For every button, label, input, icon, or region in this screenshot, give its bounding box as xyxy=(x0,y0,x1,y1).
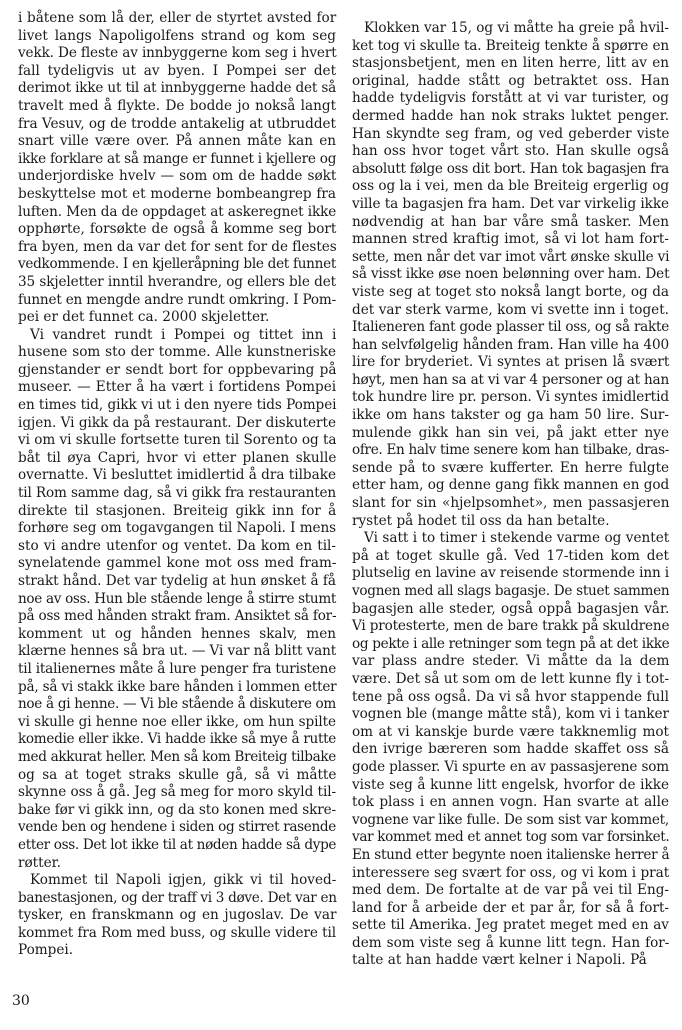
text-line: gode plasser. Vi spurte en av passasjere… xyxy=(352,759,669,777)
text-line: rystet på hodet til oss da han betalte. xyxy=(352,513,669,531)
text-line: ikke om hans takster og ga ham 50 lire. … xyxy=(352,407,669,425)
text-line: vi om vi skulle fortsette turen til Sore… xyxy=(18,432,336,450)
text-line: en times tid, gikk vi ut i den nyere tid… xyxy=(18,397,336,415)
text-line: lire for bryderiet. Vi syntes at prisen … xyxy=(352,354,669,372)
text-line: land for å arbeide der et par år, for så… xyxy=(352,900,669,918)
paragraph: i båtene som lå der, eller de styrtet av… xyxy=(18,10,336,327)
text-line: klærne hennes så bra ut. — Vi var nå bli… xyxy=(18,643,336,661)
text-line: tene på oss også. Da vi så hvor stappend… xyxy=(352,689,669,707)
text-line: Han skyndte seg fram, og ved geberder vi… xyxy=(352,126,669,144)
text-line: dem som viste seg å kunne litt tegn. Han… xyxy=(352,935,669,953)
text-line: luften. Men da de oppdaget at askeregnet… xyxy=(18,204,336,222)
text-line: etter ham, og denne gang fikk mannen en … xyxy=(352,477,669,495)
text-line: røtter. xyxy=(18,855,336,873)
text-line: nødvendig at han bar våre små tasker. Me… xyxy=(352,214,669,232)
text-line: beskyttelse mot et moderne bombeangrep f… xyxy=(18,186,336,204)
text-line: Vi vandret rundt i Pompei og tittet inn … xyxy=(18,327,336,345)
text-line: bake før vi gikk inn, og da sto konen me… xyxy=(18,802,336,820)
text-line: vedkommende. I en kjelleråpning ble det … xyxy=(18,256,336,274)
text-line: derimot ikke ut til at innbyggerne hadde… xyxy=(18,80,336,98)
text-line: fra byen, men da var det for sent for de… xyxy=(18,239,336,257)
text-line: talte at han hadde vært kelner i Napoli.… xyxy=(352,952,669,970)
text-line: viste seg at toget sto nokså langt borte… xyxy=(352,284,669,302)
text-line: original, hadde stått og betraktet oss. … xyxy=(352,73,669,91)
text-line: vende ben og hendene i siden og stirret … xyxy=(18,819,336,837)
text-line: så visst ikke øse noen belønning over ha… xyxy=(352,266,669,284)
text-line: til Rom samme dag, så vi gikk fra restau… xyxy=(18,485,336,503)
text-line: viste seg å kunne litt engelsk, hvorfor … xyxy=(352,777,669,795)
text-line: komedie eller ikke. Vi hadde ikke så mye… xyxy=(18,731,336,749)
text-line: på, så vi stakk ikke bare hånden i lomme… xyxy=(18,679,336,697)
text-line: husene som sto der tomme. Alle kunstneri… xyxy=(18,344,336,362)
text-line: med dem. De fortalte at de var på vei ti… xyxy=(352,882,669,900)
text-line: ofre. En halv time senere kom han tilbak… xyxy=(352,442,669,460)
text-line: vi skulle gi henne noe eller ikke, om hu… xyxy=(18,714,336,732)
text-line: det var sterk varme, kom vi svette inn i… xyxy=(352,302,669,320)
text-line: vekk. De fleste av innbyggerne kom seg i… xyxy=(18,45,336,63)
text-line: skynne oss å gå. Jeg så meg for moro sky… xyxy=(18,784,336,802)
text-line: sto vi andre utenfor og ventet. Da kom e… xyxy=(18,538,336,556)
left-text-column: i båtene som lå der, eller de styrtet av… xyxy=(18,10,336,960)
text-line: forhøre seg om togavgangen til Napoli. I… xyxy=(18,520,336,538)
text-line: opphørte, forsøkte de også å komme seg b… xyxy=(18,221,336,239)
text-line: underjordiske hvelv — som om de hadde sø… xyxy=(18,168,336,186)
text-line: bagasjen alle steder, også oppå bagasjen… xyxy=(352,601,669,619)
text-line: han oss hvor toget vårt sto. Han skulle … xyxy=(352,143,669,161)
text-line: båt til øya Capri, hvor vi etter planen … xyxy=(18,450,336,468)
text-line: interessere seg svært for oss, og vi kom… xyxy=(352,865,669,883)
text-line: funnet en mengde andre rundt omkring. I … xyxy=(18,292,336,310)
text-line: noe av oss. Hun ble stående lenge å stir… xyxy=(18,591,336,609)
text-line: Vi satt i to timer i stekende varme og v… xyxy=(352,530,669,548)
paragraph: Vi satt i to timer i stekende varme og v… xyxy=(352,530,669,970)
text-line: sette, men når det var imot vårt ønske s… xyxy=(352,249,669,267)
text-line: på oss med hånden strakt fram. Ansiktet … xyxy=(18,608,336,626)
text-line: Klokken var 15, og vi måtte ha greie på … xyxy=(352,20,669,38)
text-line: snart ville være over. På annen måte kan… xyxy=(18,133,336,151)
text-line: stasjonsbetjent, men en liten herre, lit… xyxy=(352,55,669,73)
text-line: vognene var like fulle. De som sist var … xyxy=(352,812,669,830)
text-line: livet langs Napoligolfens strand og kom … xyxy=(18,28,336,46)
text-line: direkte til stasjonen. Breiteig gikk inn… xyxy=(18,503,336,521)
text-line: komment ut og hånden hennes skalv, men xyxy=(18,626,336,644)
text-line: Italieneren fant gode plasser til oss, o… xyxy=(352,319,669,337)
text-line: på at toget skulle gå. Ved 17-tiden kom … xyxy=(352,548,669,566)
text-line: etter oss. Det lot ikke til at nøden had… xyxy=(18,837,336,855)
text-line: igjen. Vi gikk da på restaurant. Der dis… xyxy=(18,415,336,433)
text-line: kommet fra Rom med buss, og skulle vider… xyxy=(18,925,336,943)
text-line: ikke forklare at så mange er funnet i kj… xyxy=(18,151,336,169)
text-line: og sa at toget straks skulle gå, så vi m… xyxy=(18,767,336,785)
text-line: fra Vesuv, og de trodde antakelig at utb… xyxy=(18,116,336,134)
text-line: var kommet med et annet tog som var fors… xyxy=(352,829,669,847)
text-line: tysker, en franskmann og en jugoslav. De… xyxy=(18,907,336,925)
text-line: gjenstander er sendt bort for oppbevarin… xyxy=(18,362,336,380)
text-line: strakt hånd. Det var tydelig at hun ønsk… xyxy=(18,573,336,591)
paragraph: Kommet til Napoli igjen, gikk vi til hov… xyxy=(18,872,336,960)
text-line: dermed hadde han nok straks luktet penge… xyxy=(352,108,669,126)
text-line: oss og la i vei, men da ble Breiteig erg… xyxy=(352,178,669,196)
text-line: med akkurat heller. Men så kom Breiteig … xyxy=(18,749,336,767)
text-line: Vi protesterte, men de bare trakk på sku… xyxy=(352,618,669,636)
text-line: mannen stred kraftig imot, så vi lot ham… xyxy=(352,231,669,249)
text-line: hadde tydeligvis forstått at vi var turi… xyxy=(352,90,669,108)
text-line: han selvfølgelig hånden fram. Han ville … xyxy=(352,337,669,355)
text-line: noe å gi henne. — Vi ble stående å disku… xyxy=(18,696,336,714)
text-line: den ivrige bæreren som hadde skaffet oss… xyxy=(352,741,669,759)
page-number: 30 xyxy=(12,993,30,1009)
text-line: sette til Amerika. Jeg pratet meget med … xyxy=(352,917,669,935)
text-line: være. Det så ut som om de lett kunne fly… xyxy=(352,671,669,689)
text-line: vognen med all slags bagasje. De stuet s… xyxy=(352,583,669,601)
text-line: 35 skjeletter inntil hverandre, og eller… xyxy=(18,274,336,292)
text-line: til italienernes måte å lure penger fra … xyxy=(18,661,336,679)
text-line: banestasjonen, og der traff vi 3 døve. D… xyxy=(18,890,336,908)
book-page: i båtene som lå der, eller de styrtet av… xyxy=(0,0,682,1030)
text-line: plutselig en lavine av reisende stormend… xyxy=(352,565,669,583)
text-line: overnatte. Vi besluttet imidlertid å dra… xyxy=(18,467,336,485)
text-line: tok hundre lire pr. person. Vi syntes im… xyxy=(352,389,669,407)
text-line: mulende gikk han sin vei, på jakt etter … xyxy=(352,425,669,443)
text-line: Kommet til Napoli igjen, gikk vi til hov… xyxy=(18,872,336,890)
text-line: travelt med å flykte. De bodde jo nokså … xyxy=(18,98,336,116)
text-line: og pekte i alle retninger som tegn på at… xyxy=(352,636,669,654)
text-line: tok plass i en annen vogn. Han svarte at… xyxy=(352,794,669,812)
text-line: sende på to svære kufferter. En herre fu… xyxy=(352,460,669,478)
text-line: fall tydeligvis ut av byen. I Pompei ser… xyxy=(18,63,336,81)
text-line: ket tog vi skulle ta. Breiteig tenkte å … xyxy=(352,38,669,56)
text-line: pei er det funnet ca. 2000 skjeletter. xyxy=(18,309,336,327)
text-line: var plass andre steder. Vi måtte da la d… xyxy=(352,653,669,671)
text-line: Pompei. xyxy=(18,942,336,960)
text-line: vognen ble (mange måtte stå), kom vi i t… xyxy=(352,706,669,724)
text-line: i båtene som lå der, eller de styrtet av… xyxy=(18,10,336,28)
paragraph: Klokken var 15, og vi måtte ha greie på … xyxy=(352,20,669,530)
paragraph: Vi vandret rundt i Pompei og tittet inn … xyxy=(18,327,336,872)
text-line: om at vi kanskje burde være takknemlig m… xyxy=(352,724,669,742)
text-line: absolutt følge oss dit bort. Han tok bag… xyxy=(352,161,669,179)
right-text-column: Klokken var 15, og vi måtte ha greie på … xyxy=(352,20,669,970)
text-line: ville ta bagasjen fra ham. Det var virke… xyxy=(352,196,669,214)
text-line: synelatende gammel kone mot oss med fram… xyxy=(18,555,336,573)
text-line: høyt, men han sa at vi var 4 personer og… xyxy=(352,372,669,390)
text-line: museer. — Etter å ha vært i fortidens Po… xyxy=(18,379,336,397)
text-line: slant for sin «hjelpsomhet», men passasj… xyxy=(352,495,669,513)
text-line: En stund etter begynte noen italienske h… xyxy=(352,847,669,865)
